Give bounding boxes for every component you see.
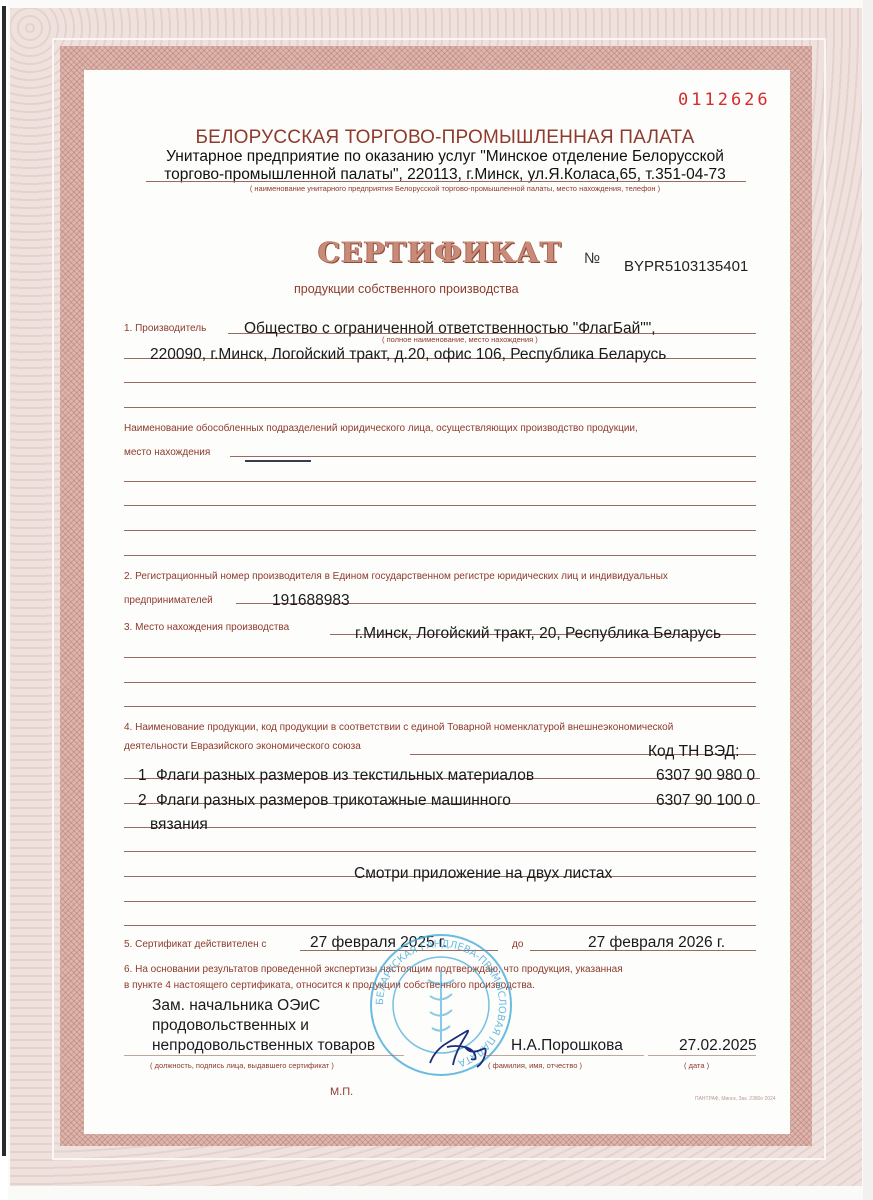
- date-caption: ( дата ): [684, 1061, 709, 1070]
- position-rule: [124, 1055, 404, 1056]
- product-1-name: Флаги разных размеров из текстильных мат…: [156, 767, 534, 785]
- section3-rule-4: [124, 706, 756, 707]
- signer-position-3: непродовольственных товаров: [152, 1037, 375, 1055]
- scan-edge-left: [0, 0, 8, 1200]
- signer-position-1: Зам. начальника ОЭиС: [152, 997, 320, 1015]
- production-location: г.Минск, Логойский тракт, 20, Республика…: [355, 625, 721, 643]
- product-2-name-continued: вязания: [150, 816, 208, 834]
- position-caption: ( должность, подпись лица, выдавшего сер…: [150, 1061, 334, 1070]
- product-2-cont-rule: [124, 827, 756, 828]
- subdivisions-label-1: Наименование обособленных подразделений …: [124, 423, 638, 434]
- subdivisions-rule-5: [124, 555, 756, 556]
- section4-rule-blank-1: [124, 851, 756, 852]
- subdivisions-rule-2: [124, 481, 756, 482]
- product-2-code: 6307 90 100 0: [656, 792, 755, 810]
- number-sign: №: [584, 250, 600, 267]
- tnved-code-header: Код ТН ВЭД:: [648, 743, 739, 761]
- product-2-number: 2: [138, 792, 147, 810]
- section1-caption: ( полное наименование, место нахождения …: [382, 335, 538, 344]
- manufacturer-address: 220090, г.Минск, Логойский тракт, д.20, …: [150, 346, 666, 364]
- issuer-title: БЕЛОРУССКАЯ ТОРГОВО-ПРОМЫШЛЕННАЯ ПАЛАТА: [110, 127, 780, 149]
- date-rule: [648, 1055, 756, 1056]
- certificate-title: СЕРТИФИКАТ: [318, 236, 562, 269]
- section3-rule-2: [124, 657, 756, 658]
- stamp-place: М.П.: [330, 1086, 353, 1098]
- section4-label-2: деятельности Евразийского экономического…: [124, 741, 361, 752]
- name-caption: ( фамилия, имя, отчество ): [488, 1061, 582, 1070]
- issuer-underline: [146, 181, 746, 182]
- issuer-line-1: Унитарное предприятие по оказанию услуг …: [110, 148, 780, 166]
- serial-number: 0112626: [678, 90, 771, 110]
- product-1-code: 6307 90 980 0: [656, 767, 755, 785]
- section4-rule-blank-3: [124, 925, 756, 926]
- product-1-number: 1: [138, 767, 147, 785]
- section1-rule-4: [124, 407, 756, 408]
- blank-dash-mark: [245, 460, 311, 462]
- section2-label-2: предпринимателей: [124, 595, 213, 606]
- annex-note: Смотри приложение на двух листах: [354, 865, 612, 883]
- section5-label: 5. Сертификат действителен с: [124, 939, 266, 950]
- section1-label: 1. Производитель: [124, 323, 206, 334]
- section4-label-1: 4. Наименование продукции, код продукции…: [124, 722, 673, 733]
- subdivisions-rule-4: [124, 530, 756, 531]
- printer-note: ПАНТРАФ, Минск, Зак. 2380о 2024: [695, 1096, 776, 1102]
- issuer-caption: ( наименование унитарного предприятия Бе…: [110, 184, 800, 193]
- product-2-name: Флаги разных размеров трикотажные машинн…: [156, 792, 511, 810]
- scan-edge-right: [863, 0, 873, 1200]
- subdivisions-rule-3: [124, 505, 756, 506]
- signer-position-2: продовольственных и: [152, 1017, 309, 1035]
- section1-rule-3: [124, 382, 756, 383]
- section3-rule-3: [124, 682, 756, 683]
- registration-number: 191688983: [272, 592, 350, 610]
- section4-rule-blank-2: [124, 901, 756, 902]
- section3-label: 3. Место нахождения производства: [124, 622, 289, 633]
- subdivisions-label-2: место нахождения: [124, 447, 210, 458]
- subdivisions-rule-1: [230, 456, 756, 457]
- certificate-subtitle: продукции собственного производства: [294, 282, 519, 296]
- signer-name: Н.А.Порошкова: [511, 1037, 623, 1055]
- certificate-number: BYPR5103135401: [624, 258, 748, 275]
- valid-to-date: 27 февраля 2026 г.: [588, 934, 725, 952]
- name-rule: [484, 1055, 644, 1056]
- handwritten-signature-icon: [425, 1025, 495, 1070]
- signature-date: 27.02.2025: [679, 1037, 757, 1055]
- section2-label-1: 2. Регистрационный номер производителя в…: [124, 571, 668, 582]
